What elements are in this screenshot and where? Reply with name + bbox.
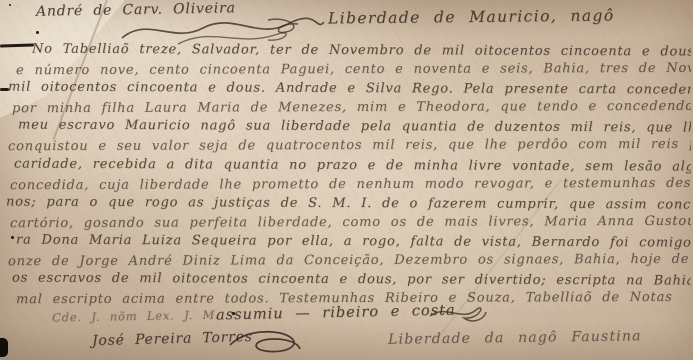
- body-line: nos; para o que rogo as justiças de S. M…: [6, 192, 691, 214]
- next-record-title: Liberdade da nagô Faustina: [388, 328, 642, 348]
- ink-blot: [0, 338, 8, 357]
- header-annotation: André de Carv. Oliveira: [36, 0, 236, 19]
- signature-name: José Pereira Torres: [92, 329, 253, 349]
- ink-dot: [36, 31, 39, 34]
- body-text-block: No Tabelliaõ treze, Salvador, ter de Nov…: [6, 41, 691, 308]
- body-line: cartório, gosando sua perfeita liberdade…: [10, 212, 691, 233]
- manuscript-page: André de Carv. Oliveira Liberdade de Mau…: [0, 0, 693, 360]
- document-title: Liberdade de Mauricio, nagô: [328, 7, 615, 28]
- body-line: caridade, recebida a dita quantia no pra…: [14, 154, 691, 176]
- ink-dot: [9, 4, 11, 6]
- marginal-note: Cde. J. nõm Lex. J. M.: [52, 308, 220, 325]
- body-line: conquistou e seu valor seja de quatrocen…: [8, 135, 691, 156]
- body-line: concedida, cuja liberdade lhe prometto d…: [10, 173, 691, 194]
